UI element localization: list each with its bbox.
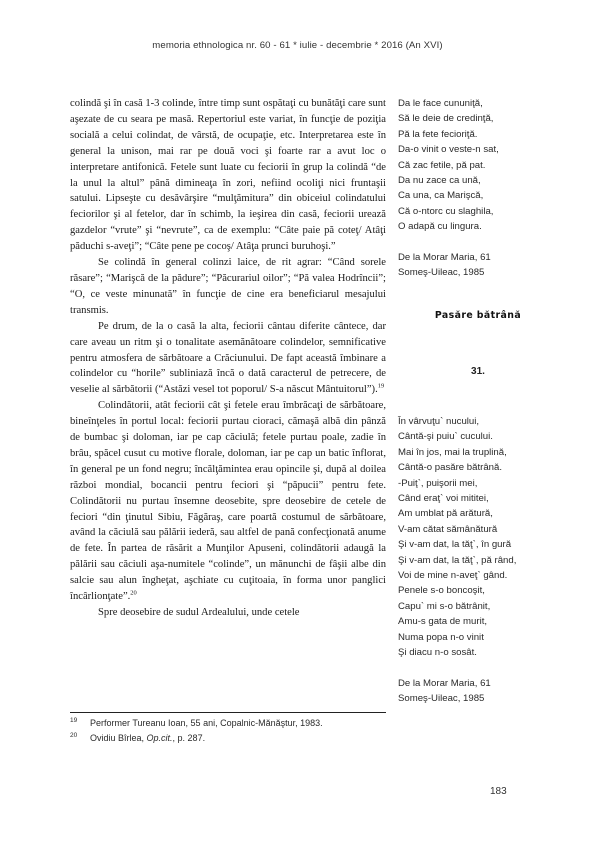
paragraph: Colindătorii, atât feciorii cât şi fetel… [70, 398, 386, 605]
paragraph: Spre deosebire de sudul Ardealului, unde… [70, 605, 386, 621]
page-number: 183 [490, 786, 507, 797]
footnote-author: Ovidiu Bîrlea, [90, 733, 147, 743]
verse-line: -Puiţ`, puişorii mei, [398, 476, 558, 491]
footnotes: 19 Performer Tureanu Ioan, 55 ani, Copal… [70, 716, 386, 745]
verse-line: Am umblat pă arătură, [398, 506, 558, 521]
footnote-ref[interactable]: 20 [130, 590, 137, 597]
footnote-text: Performer Tureanu Ioan, 55 ani, Copalnic… [90, 716, 323, 731]
verse-line: Voi de mine n-aveţ` gând. [398, 568, 558, 583]
verse-line: Şi v-am dat, la tăţ`, pă rând, [398, 553, 558, 568]
footnote-citation-italic: Op.cit. [147, 733, 173, 743]
footnote-divider [70, 712, 386, 713]
verse-line: Penele s-o boncoşit, [398, 583, 558, 598]
footnote-number: 19 [70, 714, 90, 729]
verse-line: Da le face cununiţă, [398, 96, 558, 111]
verse-column-song-31: În vârvuţu` nucului, Cântă-şi puiu` cucu… [398, 414, 558, 707]
main-text-column: colindă şi în casă 1-3 colinde, între ti… [70, 96, 386, 621]
verse-line: Ca una, ca Marişcă, [398, 188, 558, 203]
paragraph-text: colindă şi în casă 1-3 colinde, între ti… [70, 98, 386, 252]
verse-line: Numa popa n-o vinit [398, 630, 558, 645]
source-place-year: Someş-Uileac, 1985 [398, 265, 558, 280]
verse-line: Cântă-o pasăre bătrână. [398, 460, 558, 475]
verse-column-song-30: Da le face cununiţă, Să le deie de credi… [398, 96, 558, 281]
footnote-page: , p. 287. [173, 733, 206, 743]
verse-line: Pă la fete fecioriţă. [398, 127, 558, 142]
footnote-text: Ovidiu Bîrlea, Op.cit., p. 287. [90, 731, 205, 746]
verse-line: Cântă-şi puiu` cucului. [398, 429, 558, 444]
verse-line: Şi diacu n-o sosât. [398, 645, 558, 660]
verse-line: Capu` mi s-o bătrânit, [398, 599, 558, 614]
paragraph-text: Pe drum, de la o casă la alta, feciorii … [70, 321, 386, 396]
footnote-number: 20 [70, 729, 90, 744]
footnote: 19 Performer Tureanu Ioan, 55 ani, Copal… [70, 716, 386, 731]
verse-line: Mai în jos, mai la truplină, [398, 445, 558, 460]
paragraph-text: Se colindă în general colinzi laice, de … [70, 257, 386, 316]
paragraph-text: Colindătorii, atât feciorii cât şi fetel… [70, 400, 386, 602]
footnote: 20 Ovidiu Bîrlea, Op.cit., p. 287. [70, 731, 386, 746]
verse-line: Amu-s gata de murit, [398, 614, 558, 629]
verse-line: Şi v-am dat, la tăţ`, în gură [398, 537, 558, 552]
paragraph-text: Spre deosebire de sudul Ardealului, unde… [98, 607, 300, 618]
paragraph: Pe drum, de la o casă la alta, feciorii … [70, 319, 386, 399]
song-title: Pasăre bătrână [398, 310, 558, 321]
song-number: 31. [398, 366, 558, 377]
paragraph: colindă şi în casă 1-3 colinde, între ti… [70, 96, 386, 255]
source-informant: De la Morar Maria, 61 [398, 676, 558, 691]
source-informant: De la Morar Maria, 61 [398, 250, 558, 265]
verse-line: Să le deie de credinţă, [398, 111, 558, 126]
footnote-ref[interactable]: 19 [378, 383, 385, 390]
verse-line: În vârvuţu` nucului, [398, 414, 558, 429]
verse-line: V-am cătat sămânătură [398, 522, 558, 537]
verse-line: Când eraţ` voi mititei, [398, 491, 558, 506]
source-place-year: Someş-Uileac, 1985 [398, 691, 558, 706]
verse-line: Da-o vinit o veste-n sat, [398, 142, 558, 157]
verse-line: Că o-ntorc cu slaghila, [398, 204, 558, 219]
running-header: memoria ethnologica nr. 60 - 61 * iulie … [0, 40, 595, 51]
verse-line: Că zac fetile, pă pat. [398, 158, 558, 173]
paragraph: Se colindă în general colinzi laice, de … [70, 255, 386, 319]
verse-line: O adapă cu lingura. [398, 219, 558, 234]
verse-line: Da nu zace ca ună, [398, 173, 558, 188]
